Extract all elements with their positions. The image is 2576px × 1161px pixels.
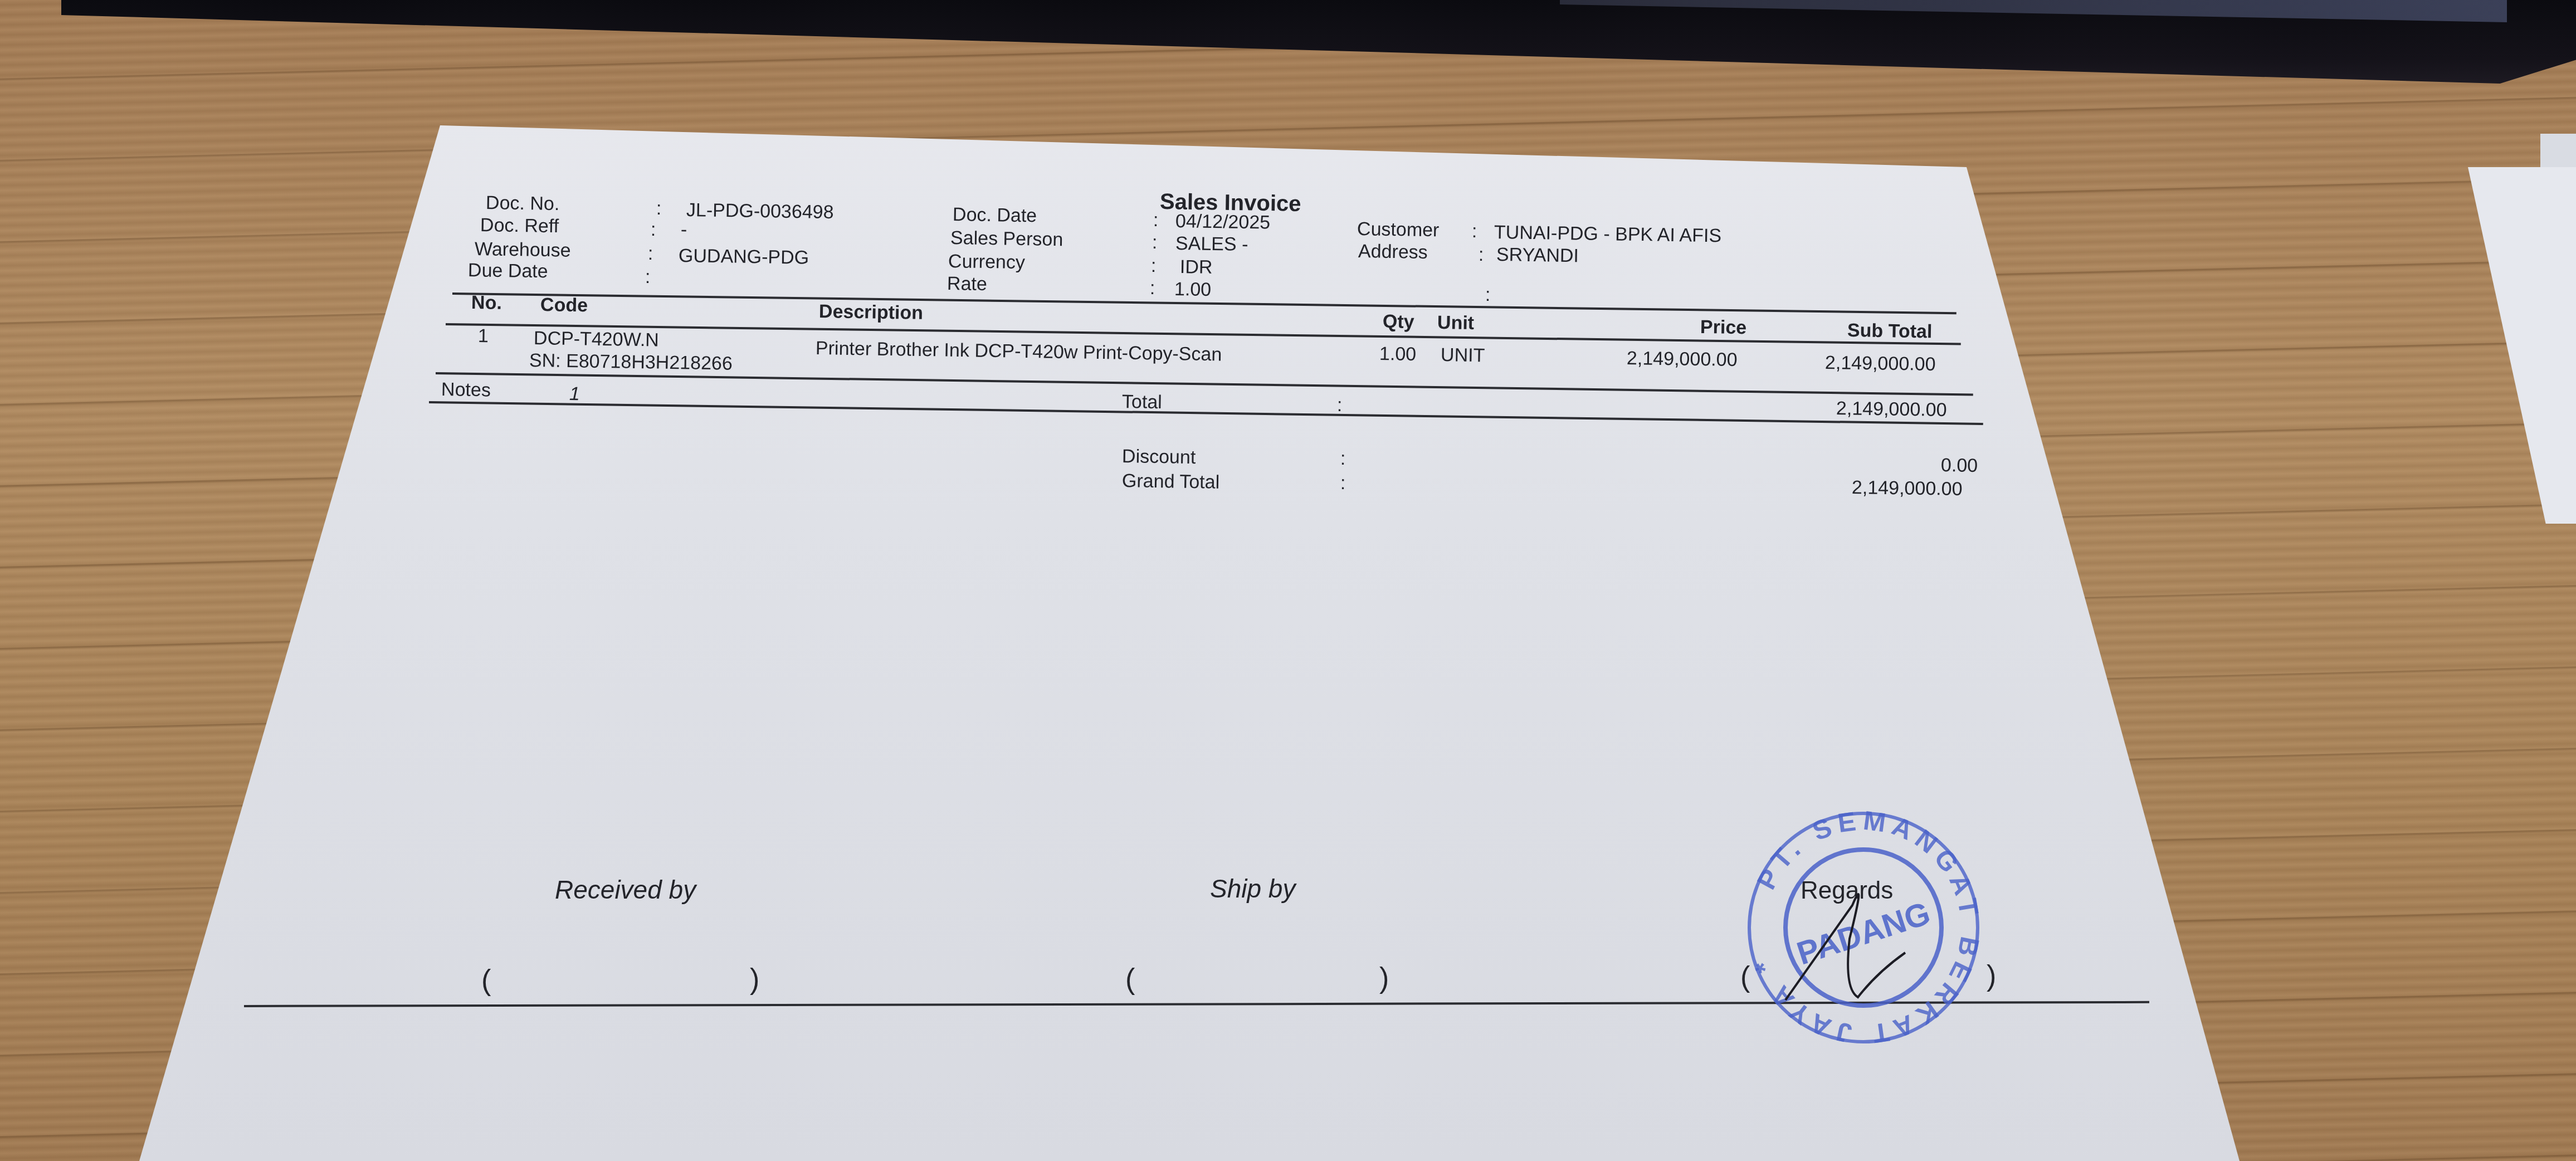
grand-total-sep: : [1340, 472, 1346, 494]
customer-label: Customer [1357, 218, 1440, 241]
doc-reff-label: Doc. Reff [480, 214, 559, 237]
warehouse-sep: : [648, 243, 653, 265]
col-price: Price [1700, 316, 1747, 339]
row-unit: UNIT [1441, 344, 1485, 367]
discount-sep: : [1340, 448, 1346, 470]
rate-label: Rate [947, 273, 987, 295]
doc-no-label: Doc. No. [486, 192, 560, 215]
currency-label: Currency [948, 251, 1026, 274]
address-line2-sep: : [1485, 284, 1491, 306]
currency-value: IDR [1180, 256, 1213, 279]
company-stamp: PT. SEMANGAT BERKAT JAYA * PADANG [1738, 805, 1989, 1050]
customer-value: TUNAI-PDG - BPK AI AFIS [1494, 222, 1722, 247]
doc-reff-value: - [681, 219, 687, 241]
notes-label: Notes [441, 379, 491, 401]
row-no: 1 [478, 325, 489, 347]
grand-total-value: 2,149,000.00 [1852, 477, 1963, 500]
address-sep: : [1479, 244, 1484, 266]
customer-sep: : [1472, 221, 1477, 242]
sales-person-sep: : [1152, 232, 1158, 253]
total-sep: : [1337, 394, 1343, 416]
sales-person-value: SALES - [1175, 233, 1248, 256]
ship-by-open-paren: ( [1125, 963, 1135, 996]
doc-reff-sep: : [651, 219, 656, 241]
address-label: Address [1358, 241, 1428, 264]
row-code: DCP-T420W.N [534, 328, 659, 352]
doc-no-sep: : [656, 198, 662, 219]
col-unit: Unit [1437, 312, 1475, 334]
row-serial: SN: E80718H3H218266 [529, 350, 733, 375]
col-subtotal: Sub Total [1847, 320, 1933, 343]
col-code: Code [540, 294, 588, 316]
col-description: Description [819, 301, 924, 324]
row-subtotal: 2,149,000.00 [1825, 352, 1936, 375]
received-by-close-paren: ) [750, 963, 759, 996]
doc-date-label: Doc. Date [953, 204, 1037, 227]
warehouse-label: Warehouse [475, 238, 571, 262]
ship-by-close-paren: ) [1379, 962, 1389, 995]
invoice-paper [0, 0, 2576, 1161]
notes-value: 1 [569, 383, 580, 405]
discount-value: 0.00 [1941, 455, 1978, 477]
rate-value: 1.00 [1174, 279, 1212, 301]
received-by-open-paren: ( [481, 964, 491, 997]
address-value: SRYANDI [1496, 244, 1579, 267]
ship-by-label: Ship by [1210, 874, 1295, 904]
rate-sep: : [1150, 277, 1155, 299]
doc-date-sep: : [1153, 209, 1159, 231]
row-price: 2,149,000.00 [1627, 348, 1738, 371]
background-paper-sheet [2468, 167, 2576, 524]
col-qty: Qty [1383, 311, 1414, 333]
due-date-label: Due Date [468, 260, 548, 282]
total-value: 2,149,000.00 [1836, 398, 1947, 421]
total-label: Total [1122, 391, 1162, 413]
row-qty: 1.00 [1379, 343, 1417, 365]
received-by-label: Received by [555, 875, 696, 905]
warehouse-value: GUDANG-PDG [679, 245, 809, 269]
currency-sep: : [1151, 255, 1157, 277]
grand-total-label: Grand Total [1122, 470, 1220, 494]
sales-person-label: Sales Person [950, 227, 1063, 251]
due-date-sep: : [645, 266, 651, 288]
discount-label: Discount [1122, 446, 1196, 469]
doc-date-value: 04/12/2025 [1175, 211, 1271, 234]
doc-no-value: JL-PDG-0036498 [686, 199, 834, 223]
col-no: No. [471, 292, 502, 314]
